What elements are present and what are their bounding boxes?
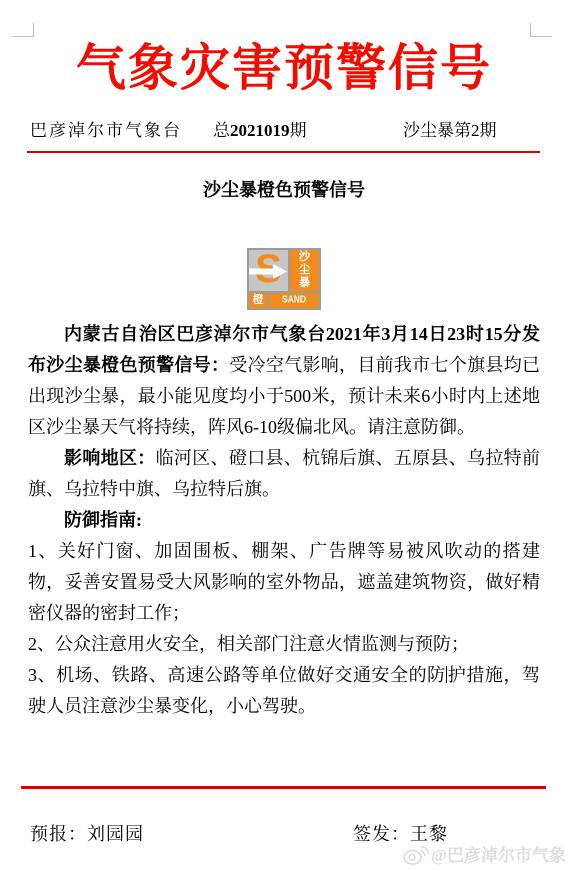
document-body: 内蒙古自治区巴彦淖尔市气象台2021年3月14日23时15分发布沙尘暴橙色预警信… — [28, 319, 540, 722]
page-margin-mark-top-left — [12, 23, 34, 37]
page-title: 气象灾害预警信号 — [0, 40, 568, 96]
sandstorm-name-en: SAND STORM — [269, 293, 319, 308]
sandstorm-orange-warning-icon: S 沙尘暴 橙 SAND STORM — [247, 248, 321, 310]
header-divider-rule — [27, 151, 540, 153]
footer-divider-rule — [21, 786, 546, 789]
guide-item-1: 1、关好门窗、加固围板、棚架、广告牌等易被风吹动的搭建物，妥善安置易受大风影响的… — [28, 536, 540, 629]
guide-item-3-text-before: 3、机场、铁路、高速公路等单位做好交通安全的防 — [28, 665, 446, 685]
warning-subtitle: 沙尘暴橙色预警信号 — [0, 176, 568, 202]
sign-level-cell: 橙 — [249, 293, 267, 308]
defense-guide-label: 防御指南: — [64, 510, 142, 530]
sign-name-en-cell: SAND STORM — [269, 293, 319, 308]
issue-suffix: 期 — [290, 121, 307, 140]
weibo-logo-icon — [402, 842, 429, 866]
sign-symbol-cell: S — [249, 250, 288, 291]
issue-number-value: 2021019 — [230, 121, 290, 140]
affected-areas-label: 影响地区： — [64, 448, 156, 468]
page-margin-mark-top-right — [530, 23, 552, 37]
issue-number: 总2021019期 — [213, 116, 307, 141]
arrow-right-icon — [249, 264, 288, 279]
watermark-text: @巴彦淖尔市气象 — [431, 841, 566, 866]
announcement-paragraph: 内蒙古自治区巴彦淖尔市气象台2021年3月14日23时15分发布沙尘暴橙色预警信… — [28, 319, 540, 443]
sign-name-cn-cell: 沙尘暴 — [290, 250, 319, 291]
defense-guide-heading: 防御指南: — [28, 505, 540, 536]
forecaster-name: 预报：刘园园 — [30, 820, 144, 846]
masthead-row: 巴彦淖尔市气象台 总2021019期 沙尘暴第2期 — [0, 116, 568, 140]
warning-level-orange: 橙 — [249, 293, 267, 308]
station-name: 巴彦淖尔市气象台 — [30, 116, 182, 141]
sandstorm-name-cn: 沙尘暴 — [298, 251, 311, 290]
weibo-watermark: @巴彦淖尔市气象 — [402, 841, 566, 866]
warning-document-page: 气象灾害预警信号 巴彦淖尔市气象台 总2021019期 沙尘暴第2期 沙尘暴橙色… — [0, 0, 568, 870]
event-issue-number: 沙尘暴第2期 — [403, 116, 497, 141]
issue-prefix: 总 — [213, 121, 230, 140]
guide-item-2: 2、公众注意用火安全，相关部门注意火情监测与预防； — [28, 629, 540, 660]
affected-areas-paragraph: 影响地区：临河区、磴口县、杭锦后旗、五原县、乌拉特前旗、乌拉特中旗、乌拉特后旗。 — [28, 443, 540, 505]
guide-item-3: 3、机场、铁路、高速公路等单位做好交通安全的防护措施，驾驶人员注意沙尘暴变化，小… — [28, 660, 540, 722]
